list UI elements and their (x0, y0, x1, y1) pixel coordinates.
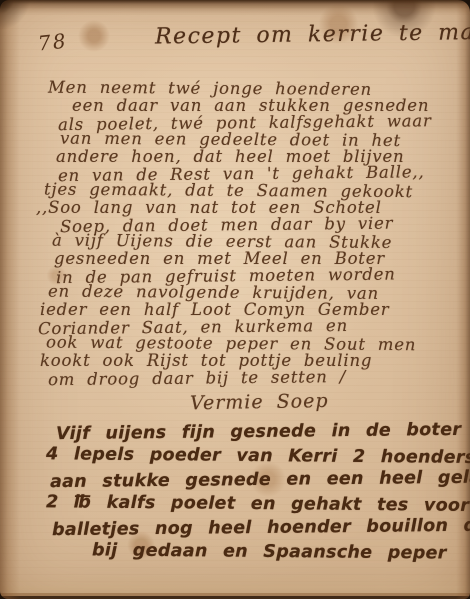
manuscript-content: 78 Recept om kerrie te maken Men neemt t… (0, 0, 470, 599)
manuscript-line: kookt ook Rijst tot pottje beuling (40, 352, 458, 369)
manuscript-line: tjes gemaakt, dat te Saamen gekookt (44, 181, 458, 201)
manuscript-line: à vijf Uijens die eerst aan Stukke (52, 232, 458, 252)
manuscript-line: om droog daar bij te setten / (48, 367, 458, 388)
second-recipe-body: Vijf uijens fijn gesnede in de boter geb… (30, 420, 458, 564)
manuscript-line: ieder een half Loot Comyn Gember (40, 301, 458, 318)
recipe-title: Recept om kerrie te maken (155, 19, 470, 49)
second-recipe-title: Vermie Soep (190, 388, 458, 415)
manuscript-line: bij gedaan en Spaansche peper (92, 538, 458, 565)
manuscript-line: ook wat gestoote peper en Sout men (46, 334, 458, 354)
recipe-body: Men neemt twé jonge hoenderen een daar v… (30, 80, 458, 386)
manuscript-line: van men een gedeelte doet in het (60, 130, 458, 150)
manuscript-page: 78 Recept om kerrie te maken Men neemt t… (0, 0, 470, 599)
page-number: 78 (37, 29, 69, 56)
page-header: 78 Recept om kerrie te maken (30, 20, 458, 54)
manuscript-line: en deze navolgende kruijden, van (48, 283, 458, 303)
manuscript-line: ,,Soo lang van nat tot een Schotel (36, 199, 458, 216)
manuscript-line: gesneeden en met Meel en Boter (54, 250, 458, 267)
manuscript-line: Men neemt twé jonge hoenderen (48, 79, 458, 99)
